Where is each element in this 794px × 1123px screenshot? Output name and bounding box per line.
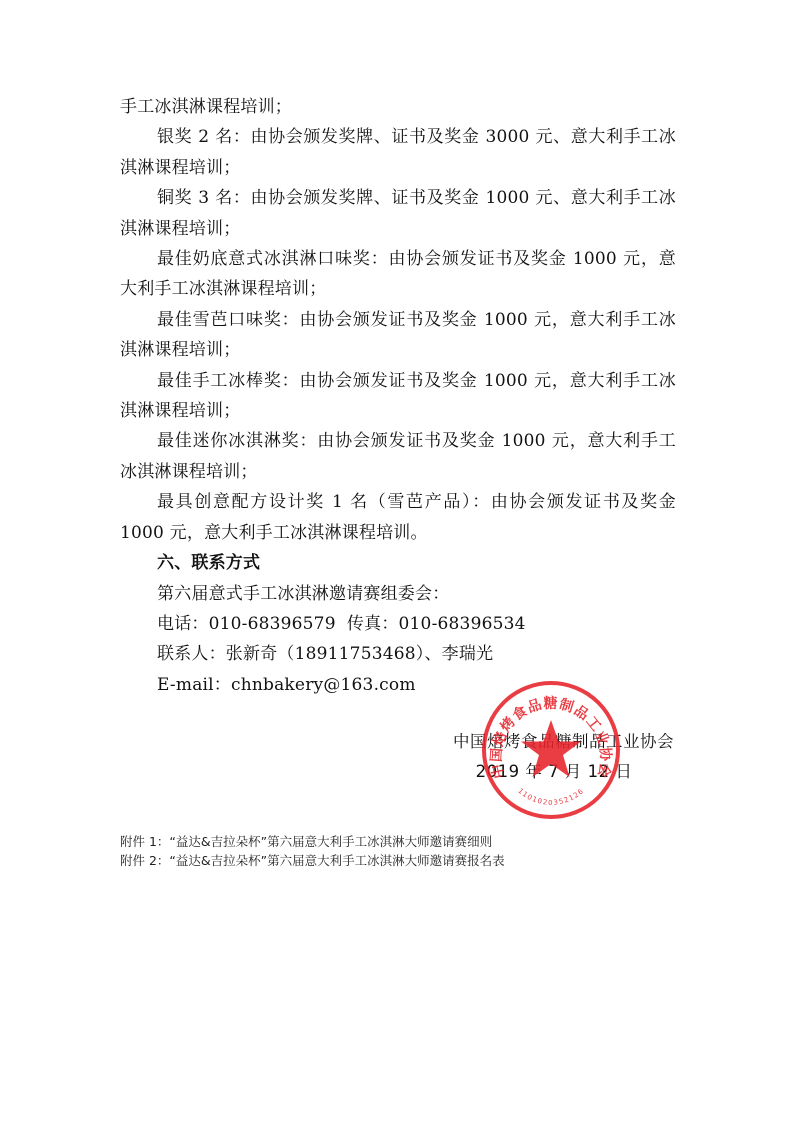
- svg-text:1101020352126: 1101020352126: [516, 787, 585, 807]
- paragraph-best-popsicle-award: 最佳手工冰棒奖：由协会颁发证书及奖金 1000 元，意大利手工冰淇淋课程培训；: [120, 366, 676, 427]
- contact-persons: 联系人：张新奇（18911753468）、李瑞光: [120, 639, 676, 669]
- paragraph-best-milk-flavor-award: 最佳奶底意式冰淇淋口味奖：由协会颁发证书及奖金 1000 元，意大利手工冰淇淋课…: [120, 244, 676, 305]
- document-page: 手工冰淇淋课程培训； 银奖 2 名：由协会颁发奖牌、证书及奖金 3000 元、意…: [0, 0, 794, 1123]
- contact-phone-fax: 电话：010-68396579 传真：010-68396534: [120, 609, 676, 639]
- attachment-1: 附件 1：“益达&吉拉朵杯”第六届意大利手工冰淇淋大师邀请赛细则: [120, 832, 680, 851]
- attachment-2: 附件 2：“益达&吉拉朵杯”第六届意大利手工冰淇淋大师邀请赛报名表: [120, 851, 680, 870]
- paragraph-best-mini-award: 最佳迷你冰淇淋奖：由协会颁发证书及奖金 1000 元，意大利手工冰淇淋课程培训；: [120, 426, 676, 487]
- paragraph-best-sorbet-award: 最佳雪芭口味奖：由协会颁发证书及奖金 1000 元，意大利手工冰淇淋课程培训；: [120, 305, 676, 366]
- contact-committee: 第六届意式手工冰淇淋邀请赛组委会：: [120, 579, 676, 609]
- signature-organization: 中国焙烤食品糖制品工业协会: [434, 728, 674, 752]
- attachments-list: 附件 1：“益达&吉拉朵杯”第六届意大利手工冰淇淋大师邀请赛细则 附件 2：“益…: [120, 832, 680, 870]
- paragraph-bronze-award: 铜奖 3 名：由协会颁发奖牌、证书及奖金 1000 元、意大利手工冰淇淋课程培训…: [120, 183, 676, 244]
- paragraph-creative-recipe-award: 最具创意配方设计奖 1 名（雪芭产品）：由协会颁发证书及奖金 1000 元，意大…: [120, 487, 676, 548]
- paragraph-silver-award: 银奖 2 名：由协会颁发奖牌、证书及奖金 3000 元、意大利手工冰淇淋课程培训…: [120, 122, 676, 183]
- signature-date: 2019 年 7 月 12 日: [466, 758, 642, 782]
- section-heading-contact: 六、联系方式: [120, 548, 676, 578]
- document-body: 手工冰淇淋课程培训； 银奖 2 名：由协会颁发奖牌、证书及奖金 3000 元、意…: [120, 92, 676, 700]
- paragraph: 手工冰淇淋课程培训；: [120, 92, 676, 122]
- contact-email: E-mail：chnbakery@163.com: [120, 670, 676, 700]
